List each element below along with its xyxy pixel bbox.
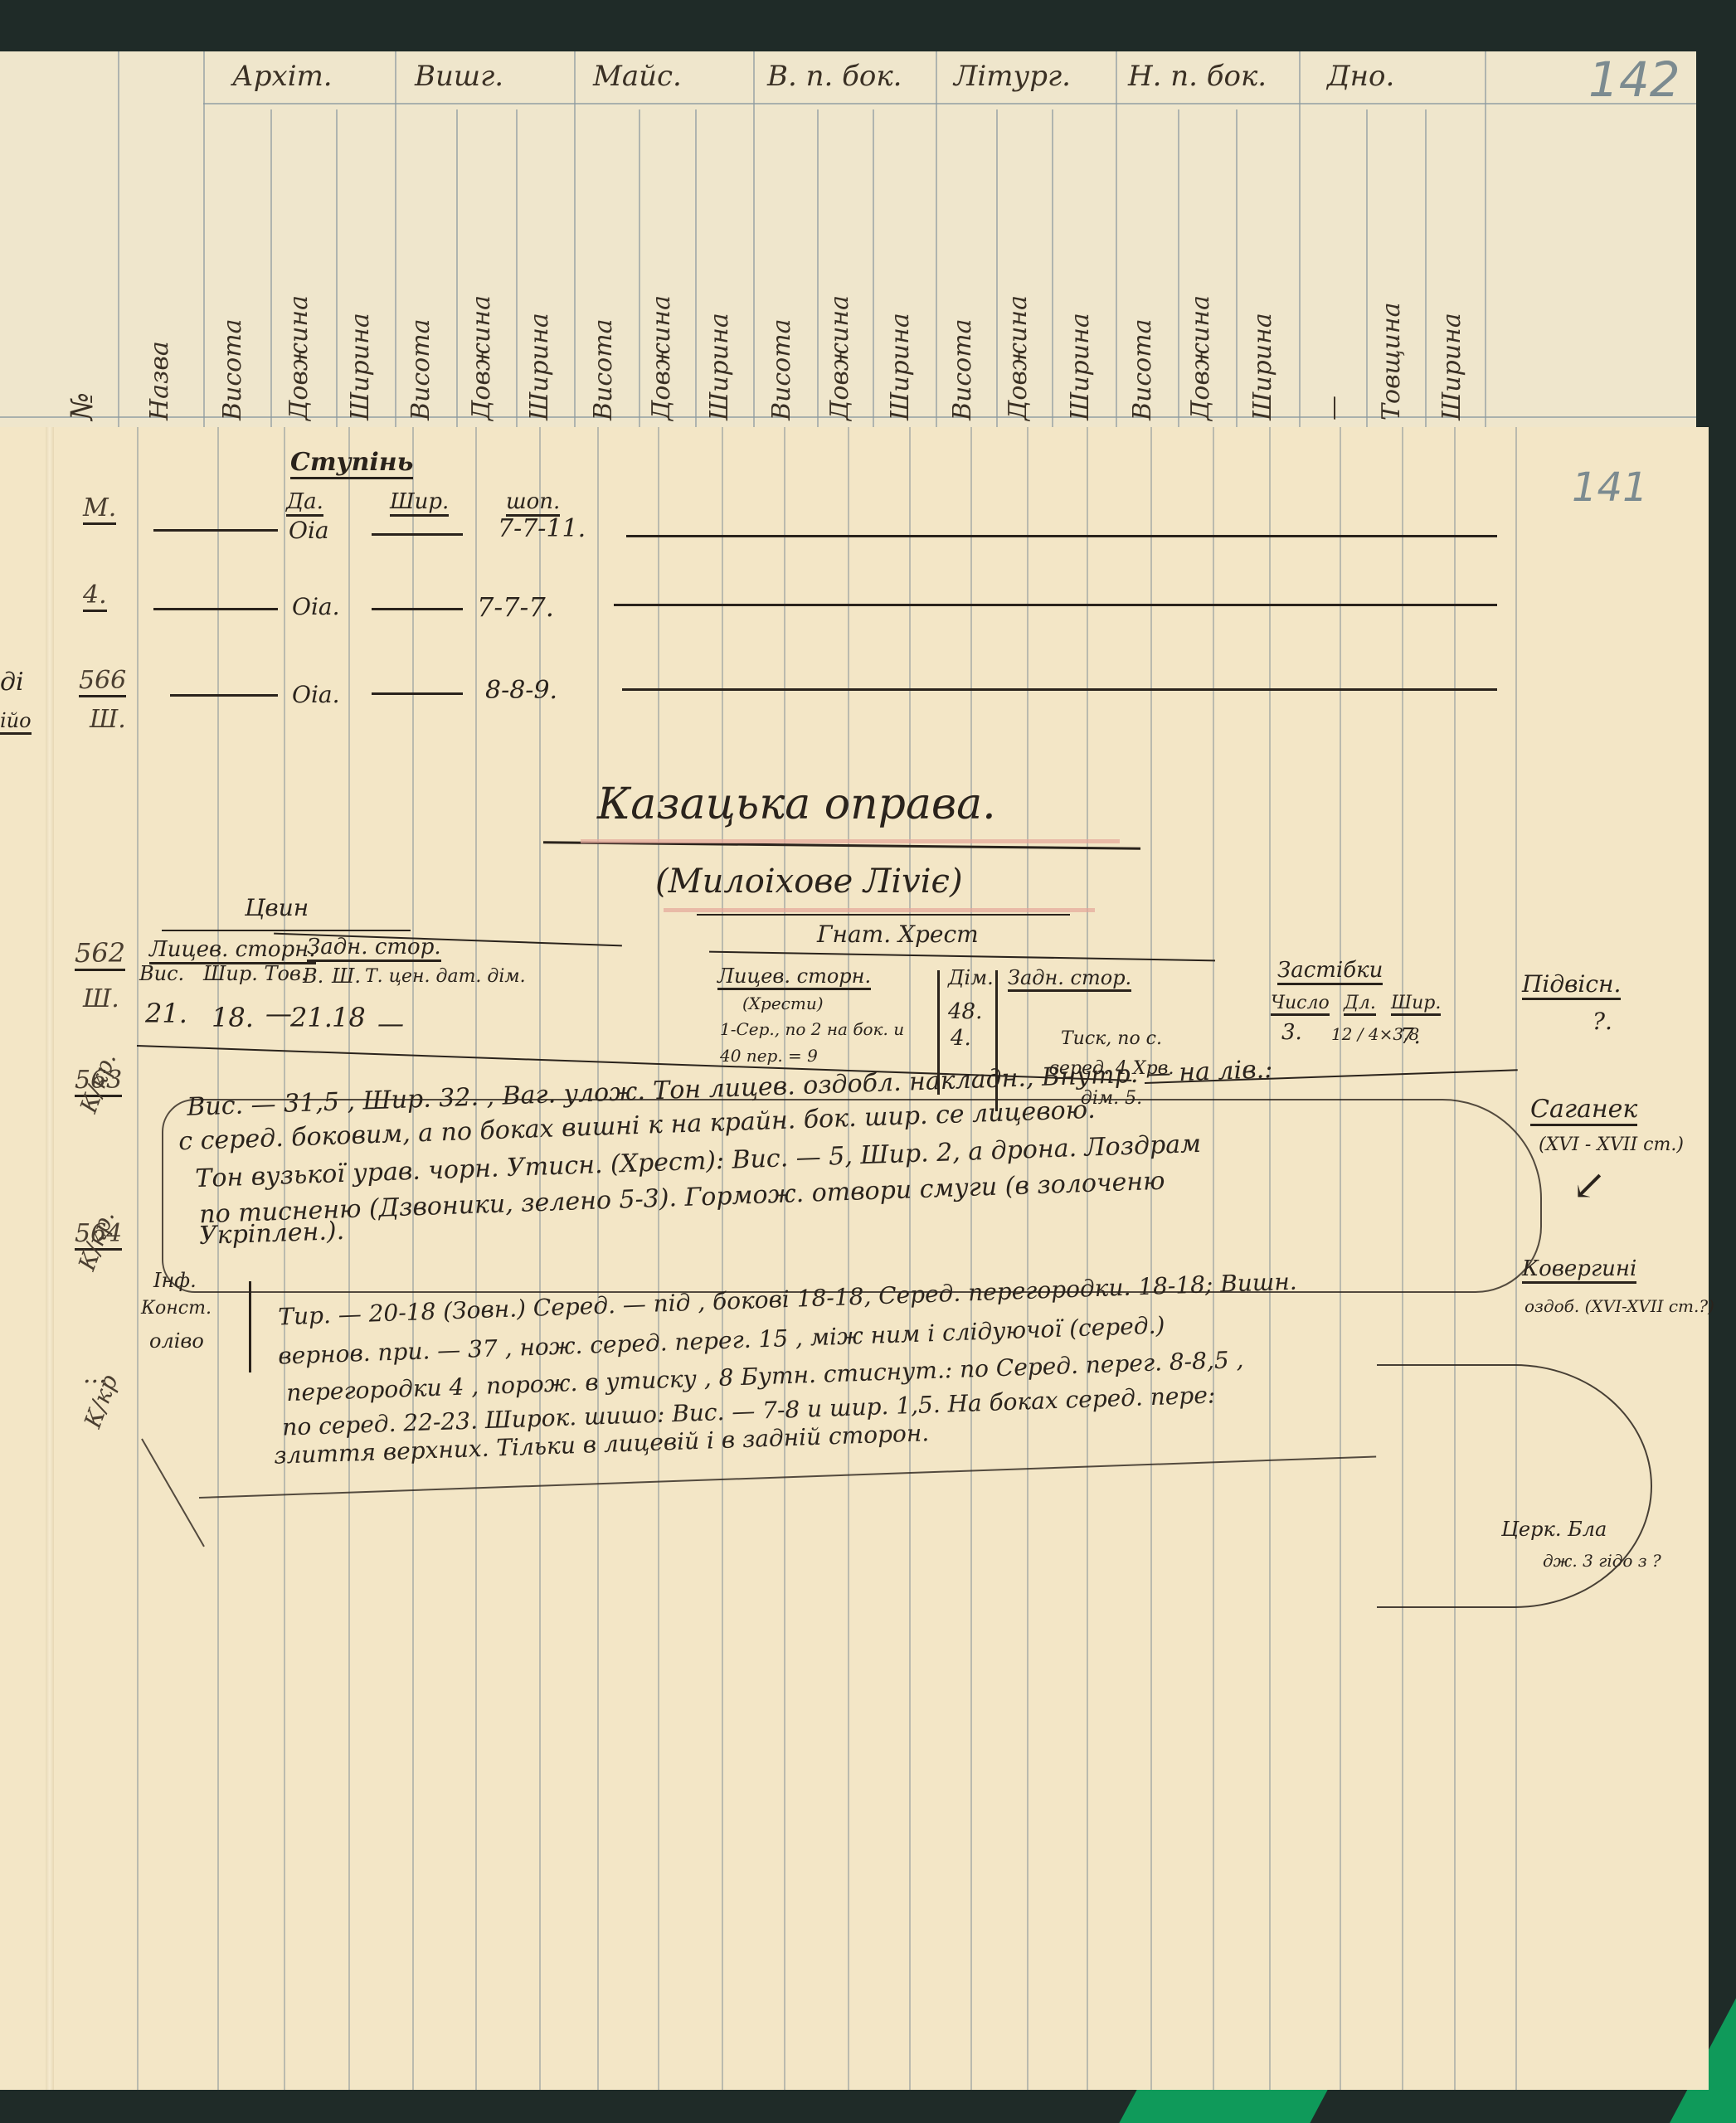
entry-side-note: Конст.	[141, 1298, 212, 1319]
subcolumn-header: Довжина	[467, 295, 496, 420]
measure-group1-sub1: Лицев. сторн.	[149, 937, 316, 964]
column-header-number: №	[66, 392, 100, 420]
measure-row-sublabel: Ш.	[83, 984, 119, 1013]
row-values: 7-7-11.	[498, 514, 586, 543]
measure-group2-value: 48.	[948, 999, 982, 1024]
measure-group2-col3-header: Задн. стор.	[1008, 966, 1131, 992]
measure-value: —	[265, 998, 292, 1029]
green-tab-decoration-bottom	[1119, 2090, 1327, 2123]
right-note-title: Саганек	[1530, 1095, 1637, 1126]
measure-header: Т. цен. дат. дім.	[365, 966, 526, 987]
subcolumn-header: Висота	[406, 318, 435, 420]
subcolumn-header: Висота	[218, 318, 247, 420]
measure-value: 18.	[212, 1002, 254, 1033]
right-note-title: Церк. Бла	[1501, 1518, 1607, 1541]
page-number-back: 142	[1588, 51, 1680, 108]
section-title: Казацька оправа.	[597, 780, 996, 829]
measure-value: 21.	[290, 1002, 333, 1033]
measure-group3-header: Дл.	[1344, 993, 1376, 1016]
subcolumn-header: Товщина	[1377, 302, 1406, 420]
entry-side-note: оліво	[149, 1329, 204, 1353]
measure-group2-col1-text: 1-Сер., по 2 на бок. и 40 пер. = 9	[720, 1016, 919, 1069]
header-rule	[203, 103, 1696, 104]
row-cell: Оіа.	[292, 593, 340, 620]
row-sublabel: Ш.	[90, 705, 126, 734]
subcolumn-header: Висота	[1128, 318, 1157, 420]
measure-header: Шир. Тов.	[203, 962, 308, 985]
group-header-vyshg: Вишг.	[415, 60, 503, 93]
measure-group2-col1-note: (Хрести)	[742, 993, 824, 1013]
column-header-name: Назва	[145, 341, 174, 420]
measure-group3-value: 3.	[1281, 1020, 1302, 1045]
measure-group4-value: ?.	[1593, 1008, 1612, 1035]
subcolumn-header: Ширина	[705, 313, 734, 420]
measure-group2-col2-header: Дім.	[948, 966, 994, 989]
subcolumn-header: Довжина	[825, 295, 854, 420]
measure-group3-header: Число	[1271, 993, 1330, 1016]
row-values: 8-8-9.	[485, 676, 557, 705]
subcolumn-header: Ширина	[525, 313, 554, 420]
group-header-n-p-bok: Н. п. бок.	[1128, 60, 1267, 93]
row-cell: Оіа.	[292, 681, 340, 708]
measure-group1-title: Цвин	[245, 894, 309, 921]
subcolumn-header: Довжина	[1186, 295, 1215, 420]
measure-group3-header: Шир.	[1391, 993, 1441, 1016]
top-table-group-title: Ступінь	[290, 448, 413, 479]
front-page: 141 Ступінь Да. Шир. шоп. М. Оіа 7-7-11.…	[0, 427, 1709, 2090]
group-header-dno: Дно.	[1327, 60, 1394, 93]
right-note-title: Ковергині	[1522, 1256, 1636, 1284]
measure-group2-col1-header: Лицев. сторн.	[717, 964, 871, 990]
top-table-col-header: Да.	[286, 489, 323, 517]
measure-value: 21.	[145, 998, 187, 1029]
row-cell: Оіа	[289, 517, 329, 544]
back-page-header-strip: Архіт. Вишг. Майс. В. п. бок. Літург. Н.…	[0, 51, 1696, 443]
subcolumn-header: Ширина	[1437, 313, 1466, 420]
measure-row-label: 562	[75, 937, 125, 971]
subcolumn-header: Ширина	[346, 313, 375, 420]
subcolumn-header: Ширина	[1248, 313, 1277, 420]
subcolumn-header: Довжина	[647, 295, 676, 420]
subcolumn-header: Висота	[589, 318, 618, 420]
entry-text-line: Укріплен.).	[198, 1217, 344, 1251]
page-number-front: 141	[1572, 464, 1648, 511]
measure-group1-sub2: Задн. стор.	[307, 935, 441, 962]
margin-note: ді	[0, 668, 24, 697]
measure-header: Ш.	[332, 964, 361, 988]
row-label: 566	[79, 666, 126, 697]
measure-group4-title: Підвісн.	[1522, 970, 1621, 1000]
right-note-detail: дж. 3 гідо з ?	[1543, 1551, 1661, 1571]
right-note-detail: оздоб. (XVI-XVII ст.?)	[1524, 1296, 1714, 1316]
measure-value: —	[377, 1008, 404, 1039]
measure-group3-value: 7.	[1400, 1024, 1421, 1049]
row-label: М.	[83, 493, 116, 525]
margin-note: ійо	[0, 709, 32, 735]
top-table-col-header: Шир.	[390, 489, 449, 517]
row-label: 4.	[83, 581, 107, 612]
arrow-down-icon: ↙	[1572, 1161, 1607, 1209]
measure-header: Вис.	[139, 962, 184, 985]
subcolumn-header: Висота	[948, 318, 977, 420]
subcolumn-header: Ширина	[886, 313, 915, 420]
subcolumn-header-dash: —	[1319, 396, 1348, 420]
section-subtitle: (Милоіхове Ліvіє)	[655, 862, 963, 901]
measure-value: 18	[332, 1002, 366, 1033]
group-header-arch: Архіт.	[232, 60, 333, 93]
subcolumn-header: Висота	[767, 318, 796, 420]
group-header-v-p-bok: В. п. бок.	[767, 60, 902, 93]
subcolumn-header: Довжина	[1004, 295, 1033, 420]
measure-header: В.	[303, 964, 323, 988]
subcolumn-header: Довжина	[284, 295, 314, 420]
entry-side-note: Інф.	[153, 1269, 197, 1292]
measure-group2-title: Гнат. Хрест	[817, 921, 979, 948]
page-fold	[46, 427, 54, 2090]
top-table-col-header: шоп.	[506, 489, 560, 517]
group-header-liturg: Літург.	[954, 60, 1071, 93]
measure-group3-title: Застібки	[1277, 958, 1383, 985]
right-note-detail: (XVI - XVII ст.)	[1539, 1134, 1684, 1155]
row-values: 7-7-7.	[477, 591, 554, 623]
measure-group2-value: 4.	[951, 1026, 971, 1051]
subcolumn-header: Ширина	[1066, 313, 1095, 420]
group-header-mais: Майс.	[593, 60, 682, 93]
